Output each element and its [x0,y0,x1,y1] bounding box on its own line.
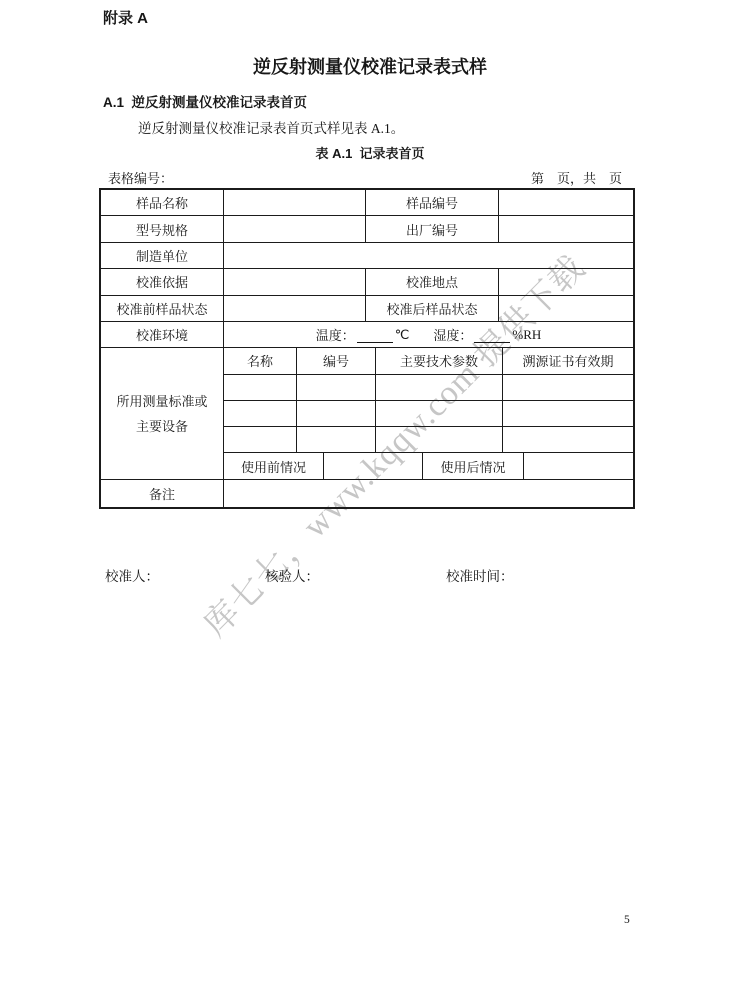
page-number: 5 [624,914,630,926]
sample-name-value-cell [224,190,366,215]
model-spec-label: 型号规格 [101,216,224,241]
equipment-header-row: 名称 编号 主要技术参数 溯源证书有效期 [224,348,633,374]
equipment-number-cell [297,401,376,426]
factory-number-label: 出厂编号 [366,216,499,241]
table-row: 样品名称 样品编号 [101,190,633,216]
equipment-subtable: 名称 编号 主要技术参数 溯源证书有效期 [224,348,633,479]
table-row: 校准前样品状态 校准后样品状态 [101,296,633,322]
sample-name-label: 样品名称 [101,190,224,215]
environment-value-cell: 温度：℃ 湿度：%RH [224,322,633,347]
status-after-value-cell [499,296,633,321]
equipment-col-certificate: 溯源证书有效期 [503,348,633,373]
humidity-label: 湿度： [433,325,472,344]
calibration-record-table: 样品名称 样品编号 型号规格 出厂编号 制造单位 校准依据 校准地点 校准前样品… [99,188,635,509]
status-before-label: 校准前样品状态 [101,296,224,321]
usage-before-label: 使用前情况 [224,453,324,479]
equipment-col-parameters: 主要技术参数 [376,348,503,373]
table-row: 制造单位 [101,243,633,269]
manufacturer-value-cell [224,243,633,268]
environment-label: 校准环境 [101,322,224,347]
status-before-value-cell [224,296,366,321]
equipment-number-cell [297,375,376,400]
equipment-parameters-cell [376,427,503,452]
equipment-label-line2: 主要设备 [136,414,188,439]
equipment-number-cell [297,427,376,452]
temperature-unit: ℃ [395,327,410,343]
form-header: 表格编号： 第 页，共 页 [108,168,622,187]
equipment-name-cell [224,375,297,400]
equipment-col-number: 编号 [297,348,376,373]
page-of-label: 第 页，共 页 [531,168,622,187]
equipment-parameters-cell [376,375,503,400]
usage-before-value-cell [324,453,423,479]
factory-number-value-cell [499,216,633,241]
humidity-unit: %RH [512,327,541,343]
equipment-certificate-cell [503,401,633,426]
remarks-label: 备注 [101,480,224,506]
calibration-time-label: 校准时间： [446,565,514,585]
calibrator-label: 校准人： [105,565,159,585]
equipment-col-name: 名称 [224,348,297,373]
remarks-row: 备注 [101,480,633,506]
calibration-location-label: 校准地点 [366,269,499,294]
page-title: 逆反射测量仪校准记录表式样 [0,53,740,79]
table-row: 校准依据 校准地点 [101,269,633,295]
equipment-blank-row [224,375,633,401]
temperature-label: 温度： [316,325,355,344]
document-page: 库七七，www.kqqw.com 提供下载 附录 A 逆反射测量仪校准记录表式样… [0,0,740,982]
usage-after-label: 使用后情况 [423,453,524,479]
calibration-basis-label: 校准依据 [101,269,224,294]
equipment-blank-row [224,427,633,453]
usage-row: 使用前情况 使用后情况 [224,453,633,479]
equipment-name-cell [224,401,297,426]
temperature-blank-line [357,330,393,343]
manufacturer-label: 制造单位 [101,243,224,268]
equipment-certificate-cell [503,427,633,452]
calibration-basis-value-cell [224,269,366,294]
equipment-label-line1: 所用测量标准或 [116,389,207,414]
equipment-parameters-cell [376,401,503,426]
verifier-label: 核验人： [265,565,319,585]
table-row: 校准环境 温度：℃ 湿度：%RH [101,322,633,348]
intro-text: 逆反射测量仪校准记录表首页式样见表 A.1。 [138,117,404,137]
appendix-label: 附录 A [103,7,148,28]
equipment-label: 所用测量标准或 主要设备 [101,348,224,479]
equipment-section: 所用测量标准或 主要设备 名称 编号 主要技术参数 溯源证书有效期 [101,348,633,480]
equipment-certificate-cell [503,375,633,400]
sample-number-value-cell [499,190,633,215]
calibration-location-value-cell [499,269,633,294]
status-after-label: 校准后样品状态 [366,296,499,321]
model-spec-value-cell [224,216,366,241]
table-row: 型号规格 出厂编号 [101,216,633,242]
form-number-label: 表格编号： [108,168,173,187]
humidity-blank-line [474,330,510,343]
table-caption: 表 A.1 记录表首页 [0,143,740,162]
sample-number-label: 样品编号 [366,190,499,215]
usage-after-value-cell [524,453,633,479]
equipment-blank-row [224,401,633,427]
remarks-value-cell [224,480,633,506]
section-heading: A.1 逆反射测量仪校准记录表首页 [103,91,307,111]
equipment-name-cell [224,427,297,452]
